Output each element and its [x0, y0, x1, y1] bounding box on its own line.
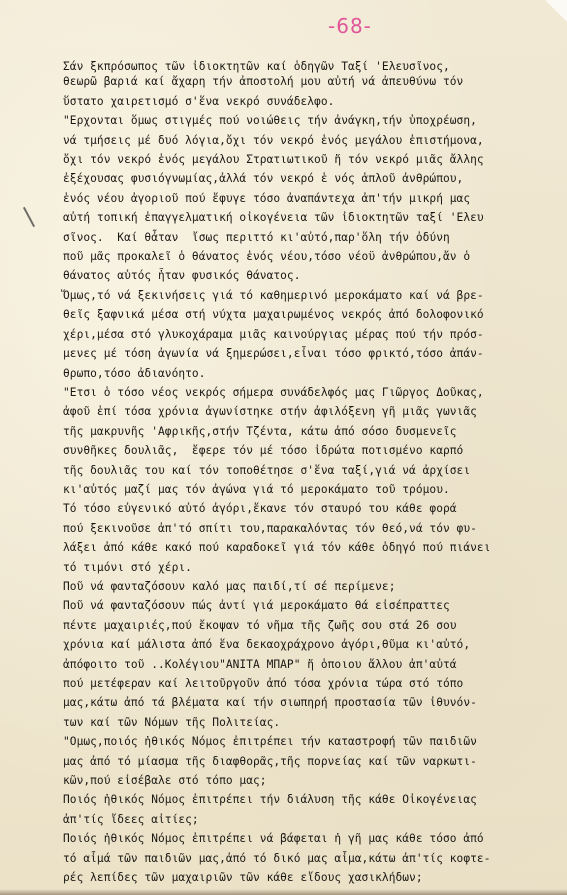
typewritten-text: Σάν ξκπρόσωπος τῶν ἰδιοκτητῶν καί ὁδηγῶν…: [63, 57, 563, 887]
text-line: τῆς μακρυνῆς 'Αφρικῆς,στήν Τζέντα, κάτω …: [63, 422, 563, 441]
text-line: "Ετσι ὁ τόσο νέος νεκρός σήμερα συνάδελφ…: [63, 383, 563, 402]
text-line: ἀφοῦ ἐπί τόσα χρόνια ἀγωνίστηκε στήν ἀφι…: [63, 402, 563, 421]
text-line: ἑνός νέου ἀγοριοῦ πού ἔφυγε τόσο ἀναπάντ…: [63, 189, 563, 208]
margin-pencil-mark: [23, 207, 35, 227]
text-line: "Ερχονται ὅμως στιγμές πού νοιώθεις τήν …: [63, 111, 563, 130]
text-line: μενες μέ τόση ἀγωνία νά ξημερώσει,εἶναι …: [63, 344, 563, 363]
text-line: Τό τόσο εὐγενικό αὐτό ἀγόρι,ἔκανε τόν στ…: [63, 499, 563, 518]
text-line: ποῦ μᾶς προκαλεῖ ὁ θάνατος ἑνός νέου,τόσ…: [63, 247, 563, 266]
text-line: Ὅμως,τό νά ξεκινήσεις γιά τό καθημερινό …: [63, 286, 563, 305]
text-line: Ποιός ἠθικός Νόμος ἐπιτρέπει τήν διάλυση…: [63, 790, 563, 809]
text-line: θεῖς ξαφνικά μέσα στή νύχτα μαχαιρωμένος…: [63, 305, 563, 324]
text-line: των καί τῶν Νόμων τῆς Πολιτείας.: [63, 713, 563, 732]
text-line: Ποῦ νά φανταζόσουν πώς ἀντί γιά μεροκάμα…: [63, 596, 563, 615]
text-line: Ποῦ νά φανταζόσουν καλό μας παιδί,τί σέ …: [63, 577, 563, 596]
text-line: κι'αὐτός μαζί μας τόν ἀγώνα γιά τό μεροκ…: [63, 480, 563, 499]
text-line: ἀπ'τίς ἴδεες αἰτίες;: [63, 810, 563, 829]
text-line: τῆς δουλιᾶς του καί τόν τοποθέτησε σ'ἕνα…: [63, 461, 563, 480]
page-number: -68-: [328, 14, 372, 38]
text-line: σῖνος. Καί θἆταν ἴσως περιττό κι'αὐτό,πα…: [63, 228, 563, 247]
text-line: ὕστατο χαιρετισμό σ'ἕνα νεκρό συνάδελφο.: [63, 92, 563, 111]
document-page: -68- Σάν ξκπρόσωπος τῶν ἰδιοκτητῶν καί ὁ…: [0, 0, 567, 895]
text-line: μας ἀπό τό μίασμα τῆς διαφθορᾶς,τῆς πορν…: [63, 752, 563, 771]
text-line: πού μετέφεραν καί λειτοῦργοῦν ἀπό τόσα χ…: [63, 674, 563, 693]
text-line: μας,κάτω ἀπό τά βλέματα καί τήν σιωπηρή …: [63, 693, 563, 712]
text-line: αὐτή τοπική ἐπαγγελματική οἰκογένεια τῶν…: [63, 208, 563, 227]
text-line: χέρι,μέσα στό γλυκοχάραμα μιᾶς καινούργι…: [63, 325, 563, 344]
text-line: χρόνια καί μάλιστα ἀπό ἕνα δεκαοχράχρονο…: [63, 635, 563, 654]
text-line: θεωρῶ βαριά καί ἄχαρη τήν ἀποστολή μου α…: [63, 72, 563, 91]
text-line: τό αἷμά τῶν παιδιῶν μας,ἀπό τό δικό μας …: [63, 849, 563, 868]
text-line: ὄχι τόν νεκρό ἑνός μεγάλου Στρατιωτικοῦ …: [63, 150, 563, 169]
text-line: πού ξεκινοῦσε ἀπ'τό σπίτι του,παρακαλόντ…: [63, 519, 563, 538]
text-line: συνθῆκες δουλιᾶς, ἔφερε τόν μέ τόσο ἱδρώ…: [63, 441, 563, 460]
text-line: ἀπόφοιτο τοῦ ..Κολέγιου"ANITA ΜΠΑΡ" ἤ ὁπ…: [63, 655, 563, 674]
text-line: ρές λεπίδες τῶν μαχαιριῶν τῶν κάθε εἴδου…: [63, 868, 563, 887]
page-bottom-edge: [0, 889, 567, 895]
text-line: νά τμήσεις μέ δυό λόγια,ὄχι τόν νεκρό ἑν…: [63, 131, 563, 150]
text-line: θρωπο,τόσο ἀδιανόητο.: [63, 364, 563, 383]
text-line: λάξει ἀπό κάθε κακό πού καραδοκεῖ γιά τό…: [63, 538, 563, 557]
text-line: θάνατος αὐτός ἦταν φυσικός θάνατος.: [63, 266, 563, 285]
text-line: κῶν,πού εἰσέβαλε στό τόπο μας;: [63, 771, 563, 790]
text-line: ἐξέχουσας φυσιόγνωμίας,ἀλλά τόν νεκρό ἑ …: [63, 169, 563, 188]
text-line: τό τιμόνι στό χέρι.: [63, 558, 563, 577]
text-line: πέντε μαχαιριές,πού ἔκοψαν τό νῆμα τῆς ζ…: [63, 616, 563, 635]
text-line: Ποιός ἠθικός Νόμος ἐπιτρέπει νά βάφεται …: [63, 829, 563, 848]
text-line: "Ομως,ποιός ἠθικός Νόμος ἐπιτρέπει τήν κ…: [63, 732, 563, 751]
page-corner-fold: [545, 0, 567, 22]
